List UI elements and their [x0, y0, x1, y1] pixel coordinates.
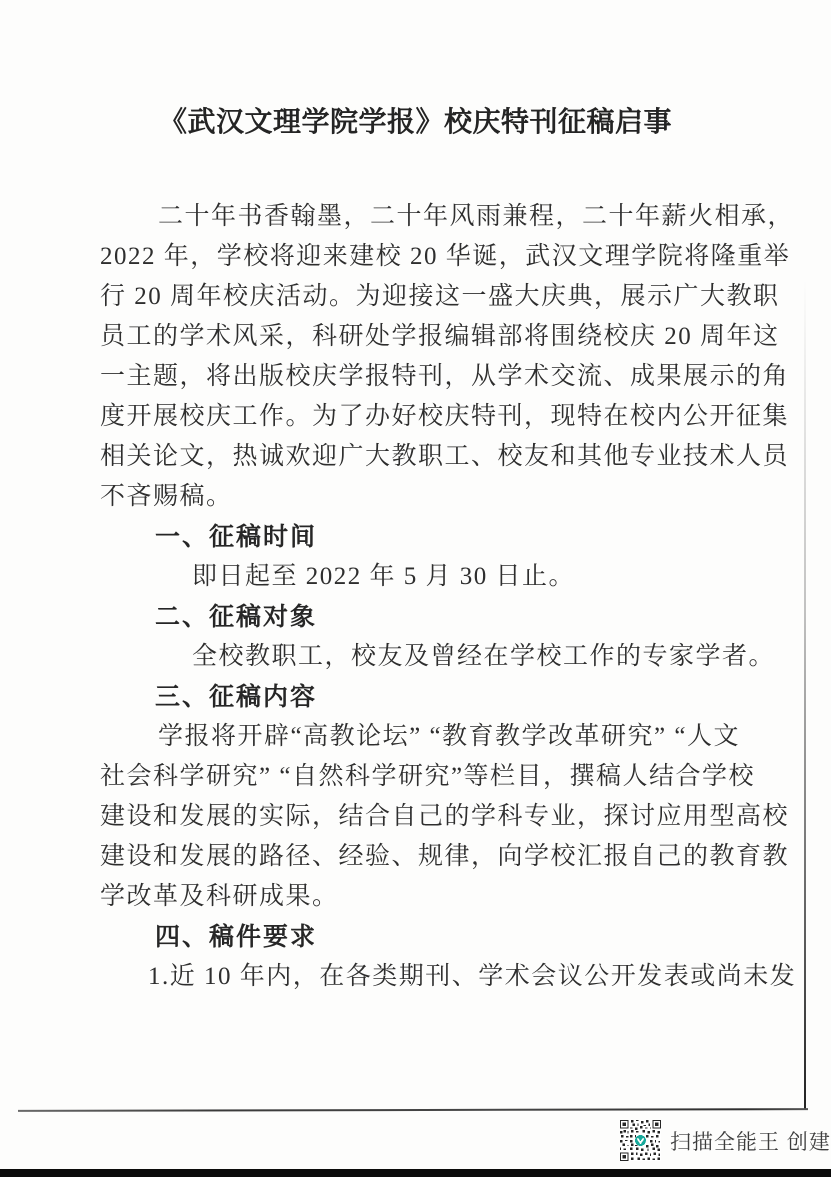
- qr-code-icon: [620, 1120, 661, 1161]
- text-line: 即日起至 2022 年 5 月 30 日止。: [100, 557, 760, 597]
- document-body: 二十年书香翰墨，二十年风雨兼程，二十年薪火相承， 2022 年，学校将迎来建校 …: [100, 197, 760, 997]
- text-line: 度开展校庆工作。为了办好校庆特刊，现特在校内公开征集: [100, 397, 760, 437]
- text-line: 全校教职工，校友及曾经在学校工作的专家学者。: [100, 637, 760, 677]
- text-line: 2022 年，学校将迎来建校 20 华诞，武汉文理学院将隆重举: [100, 237, 760, 277]
- text-line: 社会科学研究” “自然科学研究”等栏目，撰稿人结合学校: [100, 757, 760, 797]
- text-line: 不吝赐稿。: [100, 477, 760, 517]
- text-line: 一主题，将出版校庆学报特刊，从学术交流、成果展示的角: [100, 357, 760, 397]
- watermark-text: 扫描全能王 创建: [670, 1126, 831, 1156]
- text-line: 二十年书香翰墨，二十年风雨兼程，二十年薪火相承，: [100, 197, 760, 237]
- paper-right-edge: [804, 280, 806, 1110]
- section-heading: 二、征稿对象: [100, 597, 760, 637]
- section-heading: 四、稿件要求: [100, 917, 760, 957]
- text-line: 1.近 10 年内，在各类期刊、学术会议公开发表或尚未发: [100, 957, 760, 997]
- text-line: 学改革及科研成果。: [100, 877, 760, 917]
- document-title: 《武汉文理学院学报》校庆特刊征稿启事: [0, 100, 831, 140]
- scanned-document-page: 《武汉文理学院学报》校庆特刊征稿启事 二十年书香翰墨，二十年风雨兼程，二十年薪火…: [0, 0, 831, 1177]
- paper-bottom-edge: [18, 1108, 808, 1112]
- scan-bottom-border: [0, 1169, 831, 1177]
- text-line: 员工的学术风采，科研处学报编辑部将围绕校庆 20 周年这: [100, 317, 760, 357]
- section-heading: 三、征稿内容: [100, 677, 760, 717]
- text-line: 建设和发展的实际，结合自己的学科专业，探讨应用型高校: [100, 797, 760, 837]
- text-line: 相关论文，热诚欢迎广大教职工、校友和其他专业技术人员: [100, 437, 760, 477]
- section-heading: 一、征稿时间: [100, 517, 760, 557]
- text-line: 学报将开辟“高教论坛” “教育教学改革研究” “人文: [100, 717, 760, 757]
- text-line: 建设和发展的路径、经验、规律，向学校汇报自己的教育教: [100, 837, 760, 877]
- scanner-watermark: 扫描全能王 创建: [620, 1120, 831, 1161]
- text-line: 行 20 周年校庆活动。为迎接这一盛大庆典，展示广大教职: [100, 277, 760, 317]
